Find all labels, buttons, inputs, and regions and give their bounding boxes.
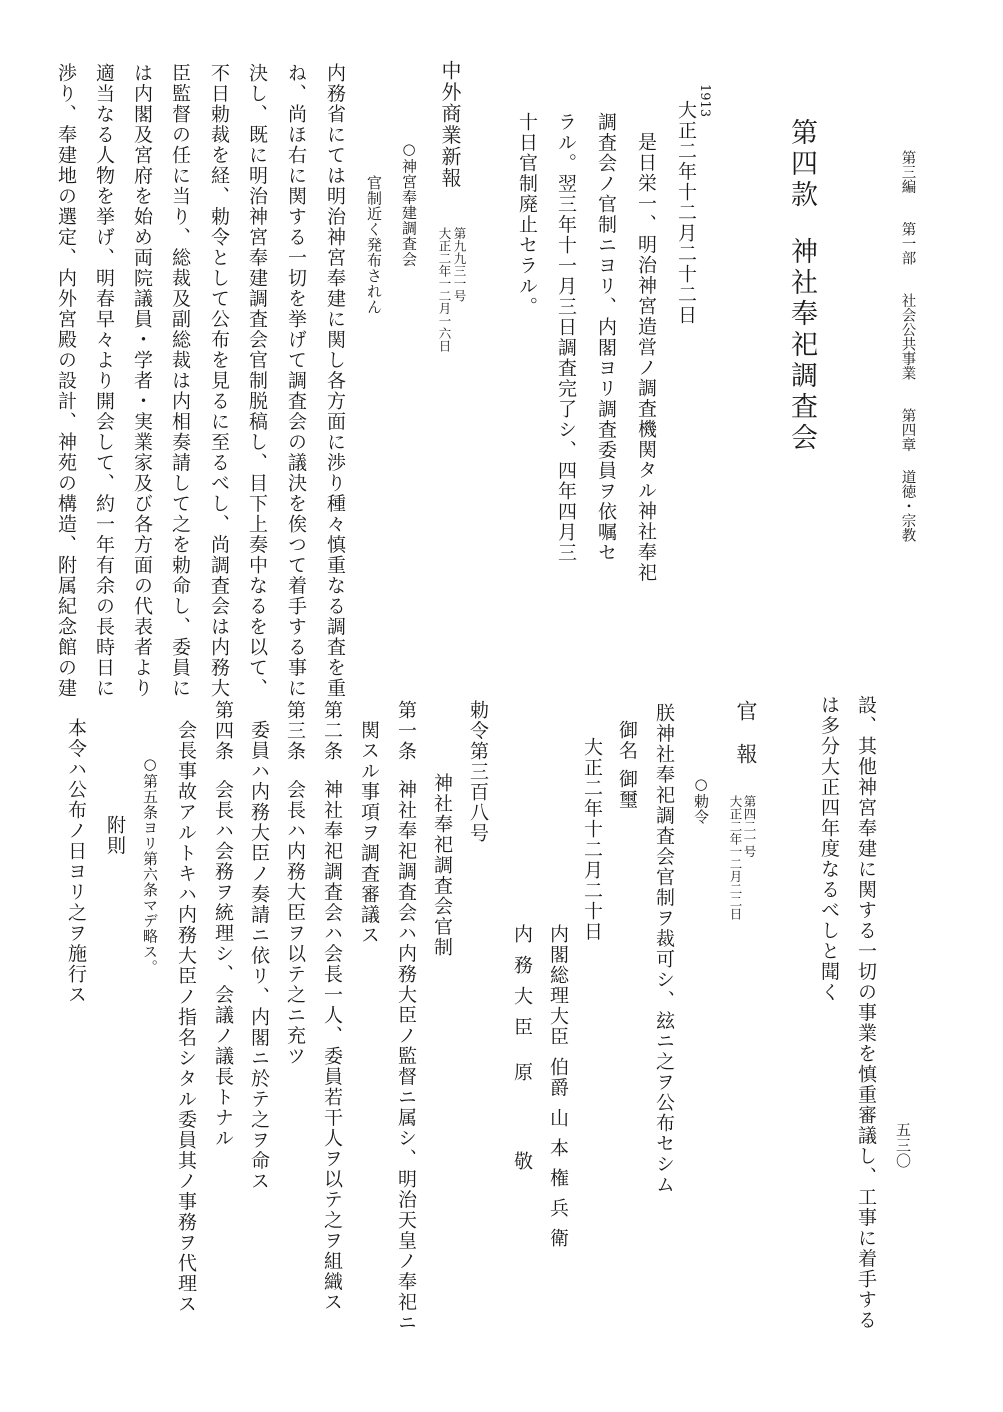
article-3: 第三条会長ハ内務大臣ヲ以テ之ニ充ツ [285, 700, 304, 1067]
article-3-continuation: 委員ハ内務大臣ノ奏請ニ依リ、内閣ニ於テ之ヲ命ス [249, 720, 268, 1192]
newspaper-body-line-3: 決し、既に明治神宮奉建調査会官制脱稿し、目下上奏中なるを以て、 [247, 63, 266, 699]
chronicle-line-3: ラル。翌三年十一月三日調査完了シ、四年四月三 [556, 112, 575, 563]
chronicle-line-4: 十日官制廃止セラル。 [517, 112, 536, 317]
omission-note: ○第五条ヨリ第六条マデ略ス。 [142, 755, 157, 975]
article-1-text: 神社奉祀調査会ハ内務大臣ノ監督ニ属シ、明治天皇ノ奉祀ニ [395, 780, 417, 1334]
newspaper-body-line-5: 臣監督の任に当り、総裁及副総裁は内相奏請して之を勅命し、委員に [170, 63, 189, 699]
header-chapter: 第四章 [900, 408, 916, 452]
article-3-text: 会長ハ内務大臣ヲ以テ之ニ充ツ [284, 780, 306, 1067]
newspaper-body-line-6: は内閣及宮府を始め両院議員・学者・実業家及び各方面の代表者より [132, 63, 151, 699]
newspaper-issue-date: 大正二年一二月一六日 [437, 227, 451, 352]
header-part: 第三編 [900, 150, 916, 194]
signatory-home-minister: 内務大臣原敬 [512, 924, 531, 1240]
ordinance-title: 神社奉祀調査会官制 [432, 773, 451, 958]
signatory-pm: 内閣総理大臣伯爵山本権兵衛 [548, 924, 567, 1258]
imperial-signature-block: 御名御璽 [617, 720, 636, 810]
article-2: 第二条神社奉祀調査会ハ会長一人、委員若干人ヲ以テ之ヲ組織ス [322, 700, 341, 1313]
chronicle-line-1: 是日栄一、明治神宮造営ノ調査機関タル神社奉祀 [636, 132, 655, 583]
signatory-hm-name: 原敬 [511, 1062, 533, 1240]
header-division: 第一部 [900, 222, 916, 266]
article-3-label: 第三条 [284, 700, 306, 762]
imperial-seal: 御璽 [616, 769, 638, 810]
signatory-pm-name: 山本権兵衛 [547, 1108, 569, 1258]
newspaper-body-line-7: 適当なる人物を挙げ、明春早々より開会して、約一年有余の長時日に [94, 63, 113, 699]
ordinance-number: 勅令第三百八号 [468, 700, 487, 844]
article-1-continuation: 関スル事項ヲ調査審議ス [359, 720, 378, 946]
article-4: 第四条会長ハ会務ヲ統理シ、会議ノ議長トナル [213, 700, 232, 1149]
supplementary-heading: 附則 [105, 815, 124, 856]
newspaper-name: 中外商業新報 [440, 60, 460, 189]
article-4-text: 会長ハ会務ヲ統理シ、会議ノ議長トナル [212, 780, 234, 1149]
article-number: 第四款 [786, 118, 817, 211]
article-2-text: 神社奉祀調査会ハ会長一人、委員若干人ヲ以テ之ヲ組織ス [321, 780, 343, 1313]
signatory-hm-title: 内務大臣 [511, 924, 533, 1048]
newspaper-body-line-1: 内務省にては明治神宮奉建に関し各方面に渉り種々慎重なる調査を重 [325, 63, 344, 699]
newspaper-issue-number: 第九九三一号 [452, 227, 466, 302]
gazette-date: 大正二年十二月二十日 [582, 737, 601, 942]
header-topic: 道徳・宗教 [900, 470, 916, 543]
chronicle-line-2: 調査会ノ官制ニヨリ、内閣ヨリ調査委員ヲ依嘱セ [596, 112, 615, 563]
article-name: 神社奉祀調査会 [786, 237, 817, 454]
article-2-label: 第二条 [321, 700, 343, 762]
newspaper-body-line-9: 設、其他神宮奉建に関する一切の事業を慎重審議し、工事に着手する [856, 695, 875, 1331]
signatory-pm-rank: 伯爵 [547, 1057, 569, 1098]
gazette-issue-number: 第四二一号 [742, 795, 756, 858]
newspaper-body-line-8: 渉り、奉建地の選定、内外宮殿の設計、神苑の構造、附属紀念館の建 [56, 63, 75, 699]
article-1: 第一条神社奉祀調査会ハ内務大臣ノ監督ニ属シ、明治天皇ノ奉祀ニ [396, 700, 415, 1333]
year-marker: 1913 [697, 84, 712, 117]
article-4-continuation: 会長事故アルトキハ内務大臣ノ指名シタル委員其ノ事務ヲ代理ス [176, 720, 195, 1315]
article-title: 第四款神社奉祀調査会 [788, 118, 815, 454]
chronicle-date: 大正二年十二月二十二日 [676, 100, 695, 326]
gazette-issue-date: 大正二年一二月二二日 [728, 795, 742, 920]
newspaper-heading: ○神宮奉建調査会 [401, 140, 416, 267]
header-section: 社会公共事業 [900, 293, 916, 380]
running-header: 第三編第一部社会公共事業第四章道徳・宗教 [900, 150, 915, 542]
newspaper-body-line-4: 不日勅裁を経、勅令として公布を見るに至るべし、尚調査会は内務大 [209, 63, 228, 699]
newspaper-body-line-2: ね、尚ほ右に関する一切を挙げて調査会の議決を俟つて着手する事に [286, 63, 305, 699]
newspaper-subheading: 官制近く発布されん [366, 175, 381, 315]
gazette-preamble: 朕神社奉祀調査会官制ヲ裁可シ、玆ニ之ヲ公布セシム [654, 703, 673, 1195]
gazette-heading: ○勅令 [693, 775, 708, 825]
page-number: 五三〇 [895, 1122, 910, 1169]
imperial-signature: 御名 [616, 720, 638, 761]
supplementary-text: 本令ハ公布ノ日ヨリ之ヲ施行ス [66, 718, 85, 1005]
gazette-name: 官報 [735, 700, 756, 786]
signatory-pm-title: 内閣総理大臣 [547, 924, 569, 1047]
article-4-label: 第四条 [212, 700, 234, 762]
newspaper-body-line-10: は多分大正四年度なるべしと聞く [819, 695, 838, 1003]
article-1-label: 第一条 [395, 700, 417, 762]
